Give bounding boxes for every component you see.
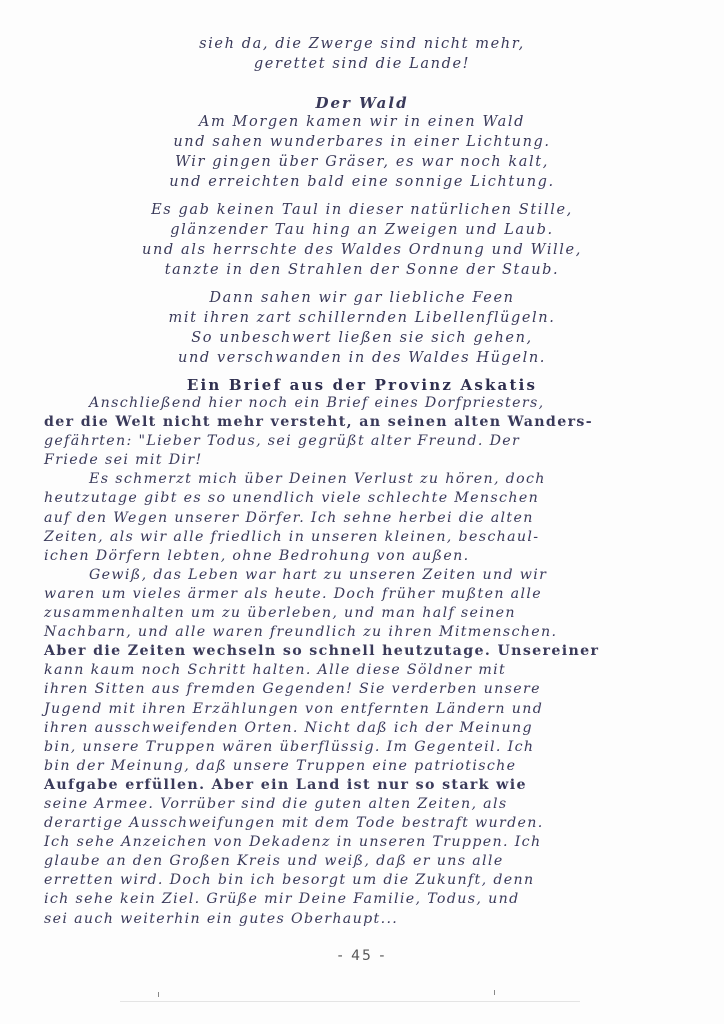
- poem-line: und verschwanden in des Waldes Hügeln.: [0, 348, 724, 368]
- poem-line: und sahen wunderbares in einer Lichtung.: [0, 132, 724, 152]
- letter-line: glaube an den Großen Kreis und weiß, daß…: [44, 852, 674, 871]
- document-page: sieh da, die Zwerge sind nicht mehr, ger…: [0, 0, 724, 1024]
- poem-line: und erreichten bald eine sonnige Lichtun…: [0, 172, 724, 192]
- poem-line: glänzender Tau hing an Zweigen und Laub.: [0, 220, 724, 240]
- letter-line: zusammenhalten um zu überleben, und man …: [44, 604, 674, 623]
- letter-line: auf den Wegen unserer Dörfer. Ich sehne …: [44, 509, 674, 528]
- poem-line: Wir gingen über Gräser, es war noch kalt…: [0, 152, 724, 172]
- letter-line: ihren Sitten aus fremden Gegenden! Sie v…: [44, 680, 674, 699]
- letter-line: Aber die Zeiten wechseln so schnell heut…: [44, 642, 674, 661]
- letter-line: Ich sehe Anzeichen von Dekadenz in unser…: [44, 833, 674, 852]
- letter-line: ich sehe kein Ziel. Grüße mir Deine Fami…: [44, 890, 674, 909]
- letter-line: erretten wird. Doch bin ich besorgt um d…: [44, 871, 674, 890]
- poem-line: gerettet sind die Lande!: [0, 54, 724, 74]
- letter-line: seine Armee. Vorrüber sind die guten alt…: [44, 795, 674, 814]
- letter-line: ihren ausschweifenden Orten. Nicht daß i…: [44, 719, 674, 738]
- poem-title: Der Wald: [0, 94, 724, 112]
- letter-line: Jugend mit ihren Erzählungen von entfern…: [44, 700, 674, 719]
- page-number: - 45 -: [0, 948, 724, 964]
- poem-line: tanzte in den Strahlen der Sonne der Sta…: [0, 260, 724, 280]
- poem-stanza: Dann sahen wir gar liebliche Feen mit ih…: [0, 288, 724, 368]
- letter-body: Anschließend hier noch ein Brief eines D…: [44, 394, 674, 929]
- poem-intro-stanza: sieh da, die Zwerge sind nicht mehr, ger…: [0, 34, 724, 74]
- letter-line: waren um vieles ärmer als heute. Doch fr…: [44, 585, 674, 604]
- letter-line: Zeiten, als wir alle friedlich in unsere…: [44, 528, 674, 547]
- poem-line: und als herrschte des Waldes Ordnung und…: [0, 240, 724, 260]
- letter-line: kann kaum noch Schritt halten. Alle dies…: [44, 661, 674, 680]
- poem-stanza: Es gab keinen Taul in dieser natürlichen…: [0, 200, 724, 280]
- letter-line: Friede sei mit Dir!: [44, 451, 674, 470]
- letter-line: bin, unsere Truppen wären überflüssig. I…: [44, 738, 674, 757]
- letter-line: Es schmerzt mich über Deinen Verlust zu …: [44, 470, 674, 489]
- poem-line: Am Morgen kamen wir in einen Wald: [0, 112, 724, 132]
- letter-line: gefährten: "Lieber Todus, sei gegrüßt al…: [44, 432, 674, 451]
- letter-line: der die Welt nicht mehr versteht, an sei…: [44, 413, 674, 432]
- letter-line: ichen Dörfern lebten, ohne Bedrohung von…: [44, 547, 674, 566]
- poem-line: Es gab keinen Taul in dieser natürlichen…: [0, 200, 724, 220]
- poem-line: mit ihren zart schillernden Libellenflüg…: [0, 308, 724, 328]
- letter-line: Gewiß, das Leben war hart zu unseren Zei…: [44, 566, 674, 585]
- scan-speck: [494, 990, 495, 995]
- letter-line: Aufgabe erfüllen. Aber ein Land ist nur …: [44, 776, 674, 795]
- poem-line: So unbeschwert ließen sie sich gehen,: [0, 328, 724, 348]
- poem-stanza: Am Morgen kamen wir in einen Wald und sa…: [0, 112, 724, 192]
- letter-line: sei auch weiterhin ein gutes Oberhaupt..…: [44, 910, 674, 929]
- scan-edge-line: [120, 1001, 580, 1002]
- letter-heading: Ein Brief aus der Provinz Askatis: [0, 376, 724, 394]
- letter-line: Anschließend hier noch ein Brief eines D…: [44, 394, 674, 413]
- letter-line: heutzutage gibt es so unendlich viele sc…: [44, 489, 674, 508]
- letter-line: derartige Ausschweifungen mit dem Tode b…: [44, 814, 674, 833]
- letter-line: Nachbarn, und alle waren freundlich zu i…: [44, 623, 674, 642]
- letter-line: bin der Meinung, daß unsere Truppen eine…: [44, 757, 674, 776]
- poem-line: sieh da, die Zwerge sind nicht mehr,: [0, 34, 724, 54]
- scan-speck: [158, 992, 159, 997]
- poem-line: Dann sahen wir gar liebliche Feen: [0, 288, 724, 308]
